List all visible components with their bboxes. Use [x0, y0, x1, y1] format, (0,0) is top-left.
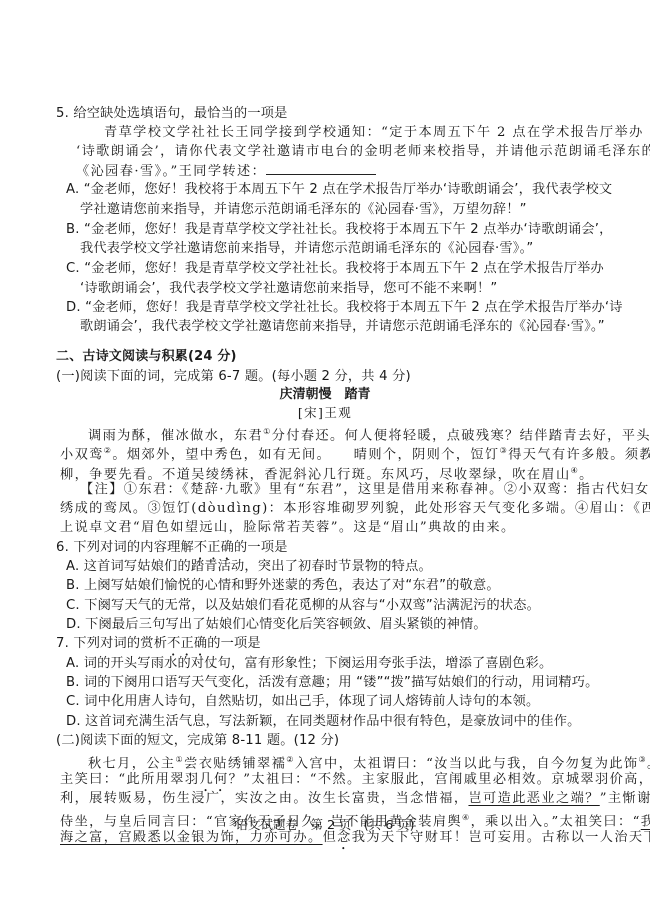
q6-option-a: A. 这首词写姑娘们的踏青活动，突出了初春时节景物的特点。 — [66, 558, 432, 576]
q7-option-d: D. 这首词充满生活气息，写法新颖，在同类题材作品中很有特色，是豪放词中的佳作。 — [66, 713, 580, 731]
q7-option-b: B. 词的下阕用口语写天气变化，活泼有意趣；用 “镂”“拨”描写姑娘们的行动，用… — [66, 674, 599, 692]
q5-passage-line: 青草学校文学社社长王同学接到学校通知：“定于本周五下午 2 点在学术报告厅举办 — [104, 124, 644, 142]
q7-option-c: C. 词中化用唐人诗句，自然贴切，如出己手，体现了词人熔铸前人诗句的本领。 — [66, 693, 539, 711]
emphasis-text: 不正确 — [167, 636, 207, 651]
q5-option-a-cont: 学社邀请您前来指导，并请您示范朗诵毛泽东的《沁园春·雪》，万望勿辞！” — [80, 201, 527, 219]
section-heading: 二、古诗文阅读与积累(24 分) — [56, 348, 237, 366]
page-footer: 语文试题卷 第 2 页 (共 6 页) — [0, 816, 650, 834]
q5-option-c: C. “金老师，您好！我是青草学校文学社社长。我校将于本周五下午 2 点在学术报… — [66, 260, 604, 278]
poem-note: 绣成的鸾凤。③饾饤(dòudìng)：本形容堆砌罗列貌，此处形容天气变化多端。④… — [60, 500, 650, 518]
part2-instruction: (二)阅读下面的短文，完成第 8-11 题。(12 分) — [56, 732, 339, 750]
q5-option-c-cont: ‘诗歌朗诵会’，我代表学校文学社邀请您前来指导，您可不能不来啊！” — [80, 280, 497, 298]
q5-stem: 5. 给空缺处选填语句，最恰当的一项是 — [56, 105, 288, 123]
q5-option-a: A. “金老师，您好！我校将于本周五下午 2 点在学术报告厅举办‘诗歌朗诵会’，… — [66, 181, 612, 199]
answer-blank — [266, 162, 376, 175]
q5-option-d-cont: 歌朗诵会’，我代表学校文学社邀请您前来指导，并请您示范朗诵毛泽东的《沁园春·雪》… — [80, 318, 605, 336]
q6-option-c: C. 下阕写天气的无常，以及姑娘们看花觅柳的从容与“小双鸾”沾满泥污的状态。 — [66, 597, 540, 615]
prose-line: 利，展转贩易，伤生浸广，实汝之由。汝生长富贵，当念惜福，岂可造此恶业之端？”主惭… — [60, 790, 650, 808]
q5-option-d: D. “金老师，您好！我是青草学校文学社社长。我校将于本周五下午 2 点在学术报… — [66, 299, 623, 317]
q5-passage-line: 《沁园春·雪》。”王同学转述： — [76, 162, 376, 181]
poem-title: 庆清朝慢 踏青 — [0, 386, 650, 404]
q5-option-b-cont: 我代表学校文学社邀请您前来指导，并请您示范朗诵毛泽东的《沁园春·雪》。” — [80, 240, 533, 258]
q7-option-a: A. 词的开头写雨水的对仗句，富有形象性；下阕运用夸张手法，增添了喜剧色彩。 — [66, 655, 552, 673]
poem-author: [宋]王观 — [0, 404, 650, 422]
q6-option-d: D. 下阕最后三句写出了姑娘们心情变化后笑容顿敛、眉头紧锁的神情。 — [66, 616, 487, 634]
part1-instruction: (一)阅读下面的词，完成第 6-7 题。(每小题 2 分，共 4 分) — [56, 368, 411, 386]
q6-option-b: B. 上阕写姑娘们愉悦的心情和野外迷蒙的秀色，表达了对“东君”的敬意。 — [66, 577, 500, 595]
poem-note: 【注】①东君：《楚辞·九歌》里有“东君”，这里是借用来称春神。②小双鸾：指古代妇… — [80, 481, 650, 499]
poem-note: 上说卓文君“眉色如望远山，脸际常若芙蓉”。这是“眉山”典故的由来。 — [60, 519, 516, 537]
q5-option-b: B. “金老师，您好！我是青草学校文学社社长。我校将于本周五下午 2 点举办‘诗… — [66, 221, 613, 239]
q5-passage-line: ‘诗歌朗诵会’，请你代表文学社邀请市电台的金明老师来校指导，并请他示范朗诵毛泽东… — [76, 143, 650, 161]
emphasis-text: 不正确 — [194, 540, 234, 555]
